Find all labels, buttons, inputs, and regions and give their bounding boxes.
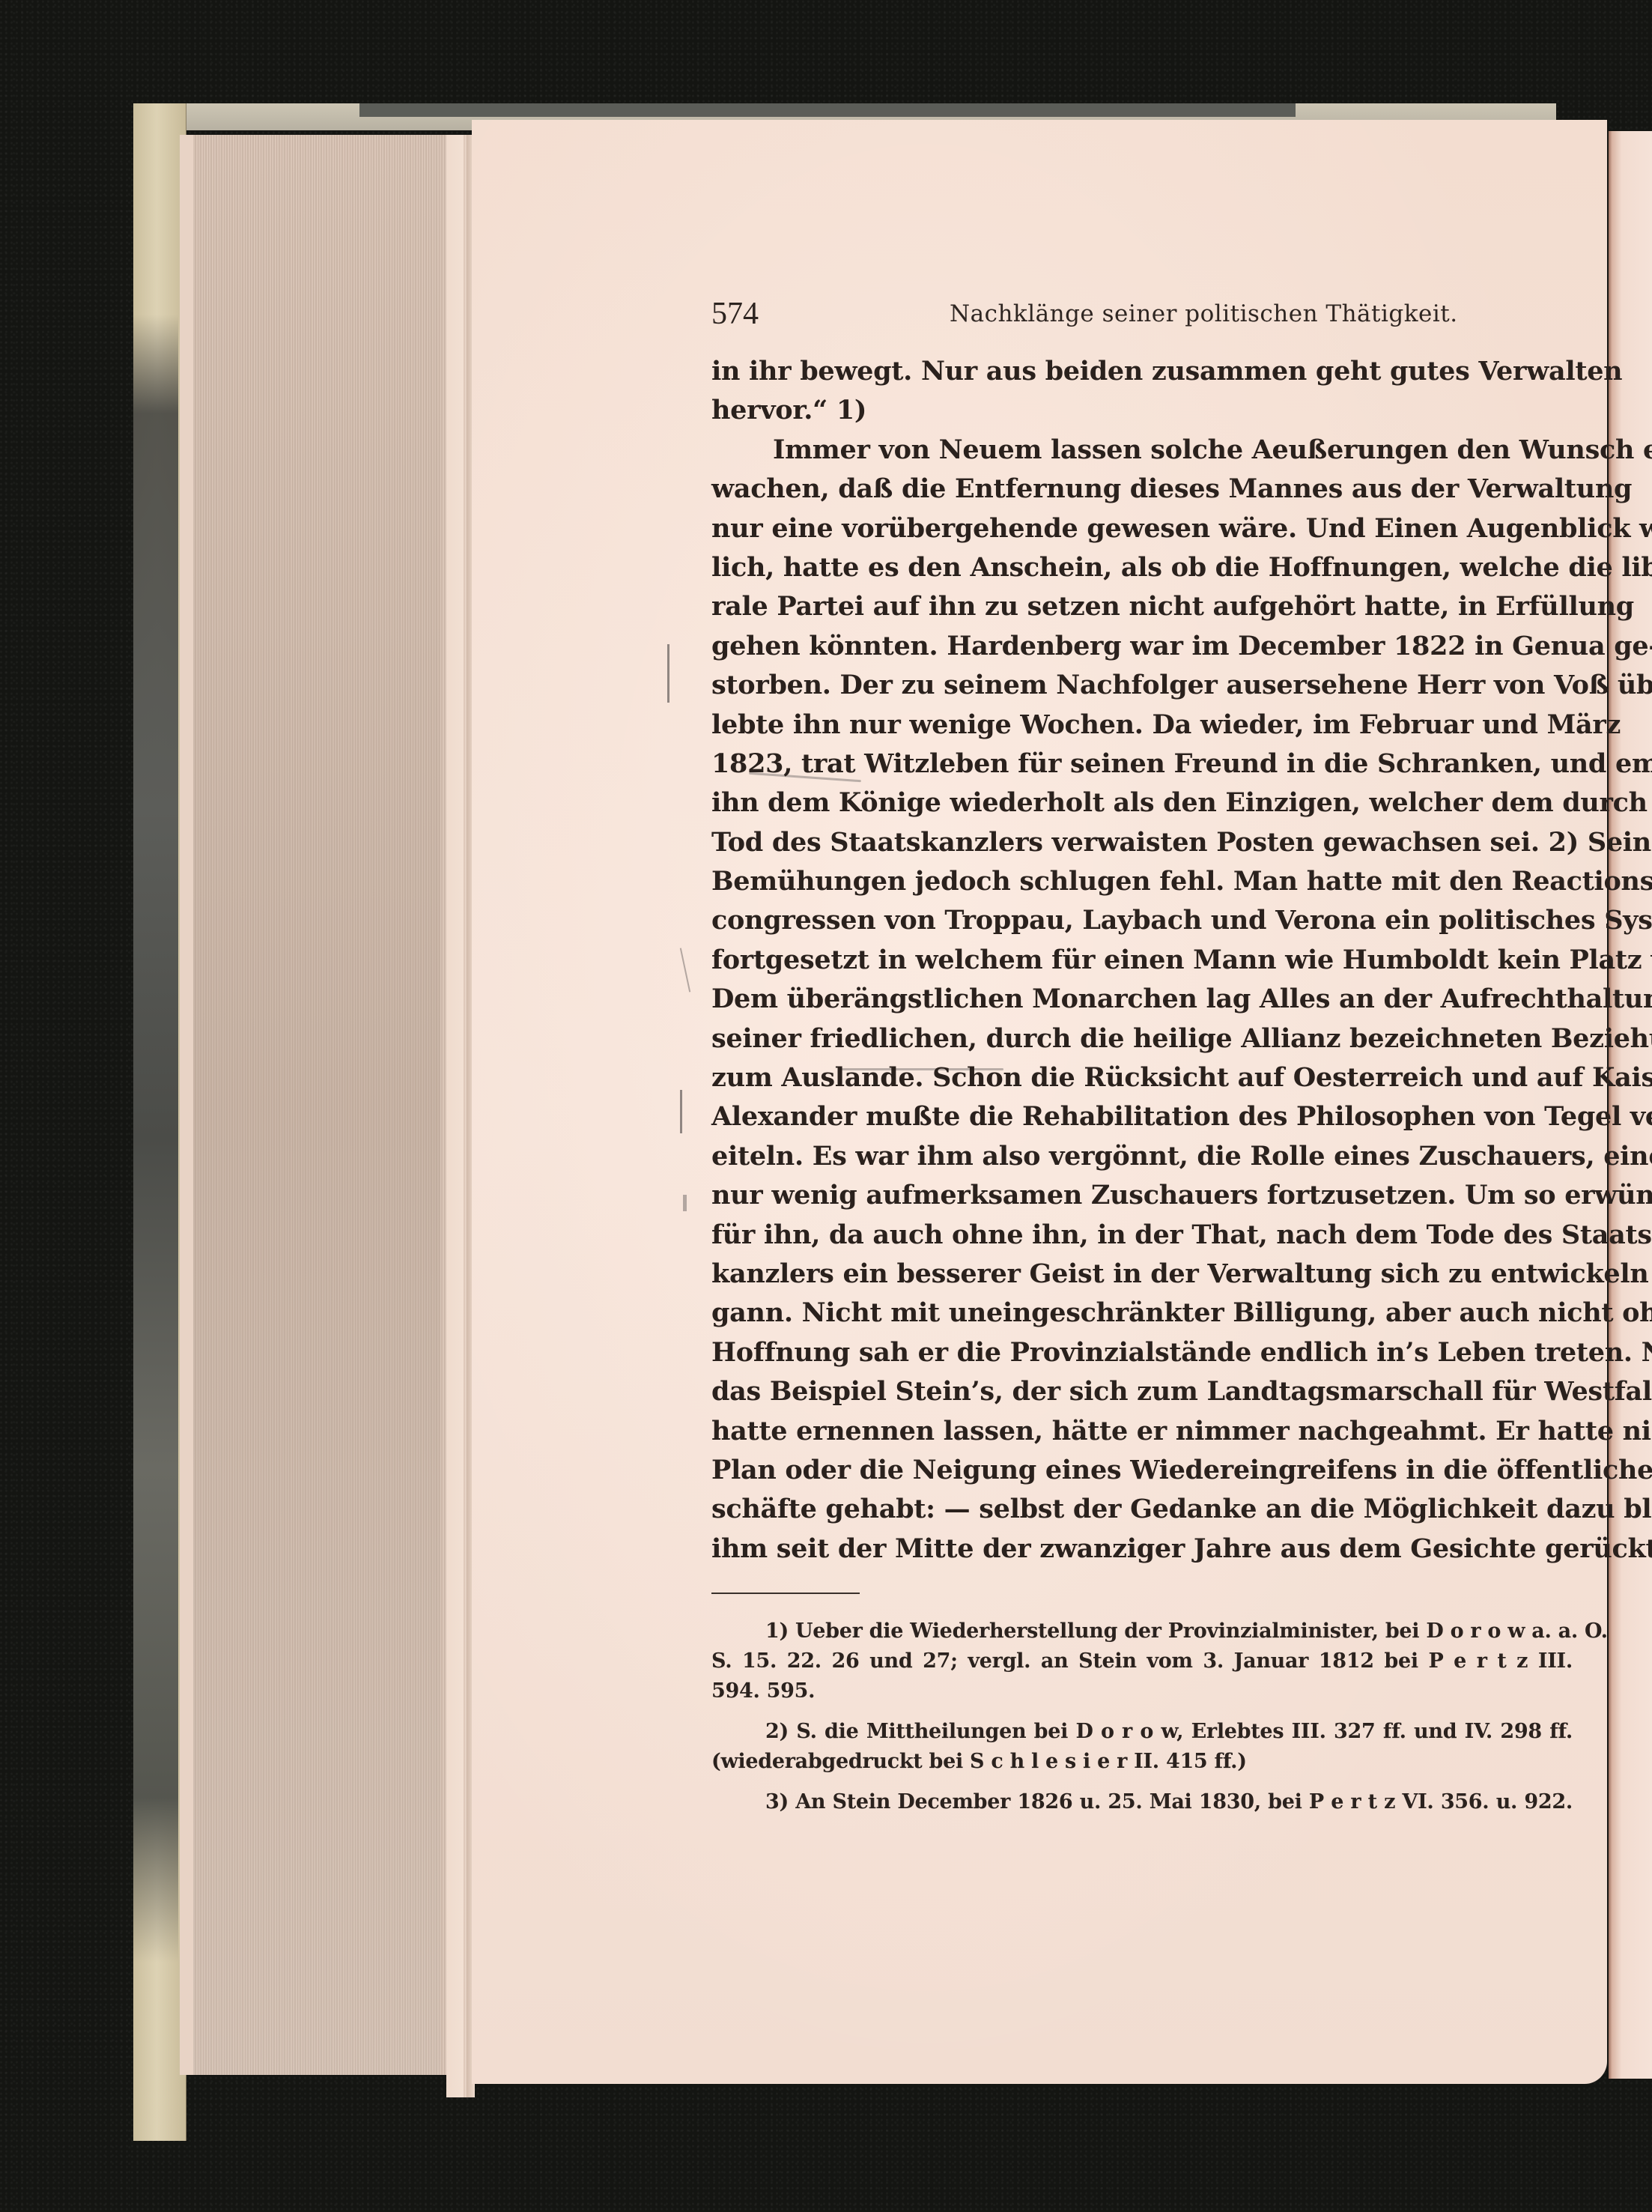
text-line: kanzlers ein besserer Geist in der Verwa… bbox=[711, 1255, 1573, 1294]
pencil-margin-mark bbox=[683, 1195, 687, 1211]
text-line: hatte ernennen lassen, hätte er nimmer n… bbox=[711, 1412, 1573, 1451]
text-line: das Beispiel Stein’s, der sich zum Landt… bbox=[711, 1372, 1573, 1411]
footnote-line: 1) Ueber die Wiederherstellung der Provi… bbox=[711, 1616, 1573, 1646]
text-line: nur wenig aufmerksamen Zuschauers fortzu… bbox=[711, 1176, 1573, 1215]
text-line: für ihn, da auch ohne ihn, in der That, … bbox=[711, 1216, 1573, 1255]
book-cover-marbled-paper bbox=[133, 315, 178, 1963]
footnote-line: 594. 595. bbox=[711, 1676, 1573, 1706]
footnote-line: S. 15. 22. 26 und 27; vergl. an Stein vo… bbox=[711, 1646, 1573, 1676]
text-line: storben. Der zu seinem Nachfolger ausers… bbox=[711, 666, 1573, 705]
text-line: Dem überängstlichen Monarchen lag Alles … bbox=[711, 980, 1573, 1019]
footnote-line: (wiederabgedruckt bei S c h l e s i e r … bbox=[711, 1747, 1573, 1777]
text-line: congressen von Troppau, Laybach und Vero… bbox=[711, 901, 1573, 940]
page-stack-shading bbox=[193, 135, 440, 2075]
text-line: gann. Nicht mit uneingeschränkter Billig… bbox=[711, 1294, 1573, 1333]
text-line: lebte ihn nur wenige Wochen. Da wieder, … bbox=[711, 706, 1573, 745]
pencil-margin-mark bbox=[680, 1090, 682, 1133]
text-line: rale Partei auf ihn zu setzen nicht aufg… bbox=[711, 587, 1573, 626]
text-line: lich, hatte es den Anschein, als ob die … bbox=[711, 548, 1573, 587]
text-line: Alexander mußte die Rehabilitation des P… bbox=[711, 1097, 1573, 1136]
footnote-separator bbox=[711, 1593, 860, 1594]
running-head-title: Nachklänge seiner politischen Thätigkeit… bbox=[950, 300, 1458, 327]
text-line: Tod des Staatskanzlers verwaisten Posten… bbox=[711, 823, 1573, 862]
text-line: in ihr bewegt. Nur aus beiden zusammen g… bbox=[711, 352, 1573, 391]
text-line: nur eine vorübergehende gewesen wäre. Un… bbox=[711, 509, 1573, 548]
text-line: schäfte gehabt: — selbst der Gedanke an … bbox=[711, 1490, 1573, 1529]
text-line: gehen könnten. Hardenberg war im Decembe… bbox=[711, 627, 1573, 666]
pencil-margin-mark bbox=[667, 644, 669, 703]
footnote-line: 3) An Stein December 1826 u. 25. Mai 183… bbox=[711, 1787, 1573, 1817]
text-line: zum Auslande. Schon die Rücksicht auf Oe… bbox=[711, 1058, 1573, 1097]
page-stack-inner-edge bbox=[446, 135, 475, 2097]
running-head: 574 Nachklänge seiner politischen Thätig… bbox=[711, 296, 1573, 333]
text-line: wachen, daß die Entfernung dieses Mannes… bbox=[711, 470, 1573, 509]
footnote-3: 3) An Stein December 1826 u. 25. Mai 183… bbox=[711, 1787, 1573, 1817]
book-cover-top-marbled bbox=[359, 103, 1296, 117]
text-line: Bemühungen jedoch schlugen fehl. Man hat… bbox=[711, 862, 1573, 901]
text-line: Plan oder die Neigung eines Wiedereingre… bbox=[711, 1451, 1573, 1490]
text-line: ihm seit der Mitte der zwanziger Jahre a… bbox=[711, 1530, 1573, 1569]
text-line: Hoffnung sah er die Provinzialstände end… bbox=[711, 1333, 1573, 1372]
text-line: eiteln. Es war ihm also vergönnt, die Ro… bbox=[711, 1137, 1573, 1176]
footnote-line: 2) S. die Mittheilungen bei D o r o w, E… bbox=[711, 1717, 1573, 1747]
text-line: hervor.“ 1) bbox=[711, 391, 1573, 430]
text-line: 1823, trat Witzleben für seinen Freund i… bbox=[711, 745, 1573, 784]
page-number: 574 bbox=[711, 296, 759, 332]
text-line: seiner friedlichen, durch die heilige Al… bbox=[711, 1019, 1573, 1058]
footnote-2: 2) S. die Mittheilungen bei D o r o w, E… bbox=[711, 1717, 1573, 1777]
text-line: ihn dem Könige wiederholt als den Einzig… bbox=[711, 784, 1573, 822]
text-line: Immer von Neuem lassen solche Aeußerunge… bbox=[711, 431, 1573, 470]
footnote-1: 1) Ueber die Wiederherstellung der Provi… bbox=[711, 1616, 1573, 1706]
text-line: fortgesetzt in welchem für einen Mann wi… bbox=[711, 941, 1573, 980]
body-text: in ihr bewegt. Nur aus beiden zusammen g… bbox=[711, 352, 1573, 1569]
footnotes: 1) Ueber die Wiederherstellung der Provi… bbox=[711, 1616, 1573, 1817]
